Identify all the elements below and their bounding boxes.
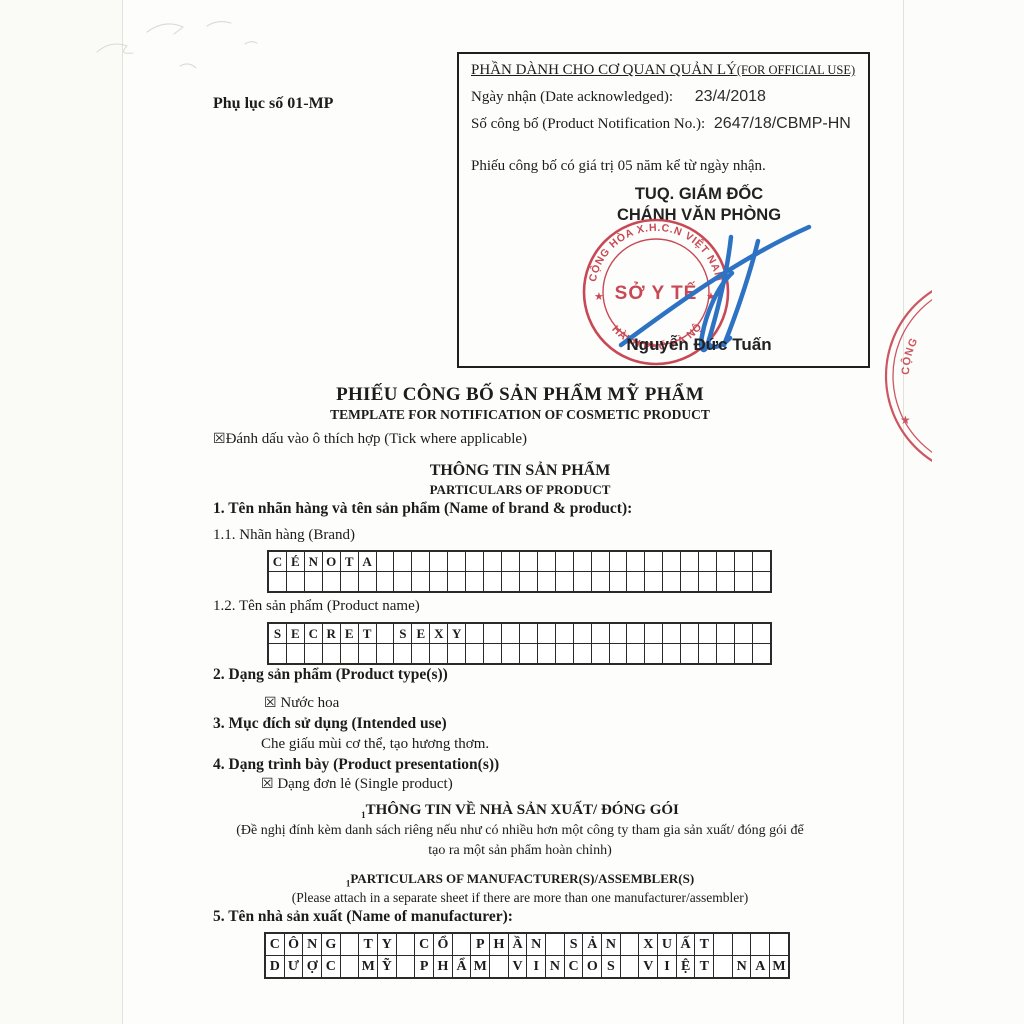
letter-grid-cell xyxy=(520,624,538,643)
letter-grid-cell: S xyxy=(269,624,287,643)
pencil-scribble xyxy=(85,4,305,99)
brand-letter-grid: CÉNOTA xyxy=(267,550,772,593)
checkbox-checked-icon: ☒ xyxy=(264,695,277,711)
letter-grid-cell xyxy=(574,572,592,591)
letter-grid-cell: Ệ xyxy=(677,956,696,977)
document-title-vi: PHIẾU CÔNG BỐ SẢN PHẨM MỸ PHẨM xyxy=(150,384,890,406)
section-heading-product-en: PARTICULARS OF PRODUCT xyxy=(150,482,890,498)
letter-grid-cell: V xyxy=(509,956,528,977)
letter-grid-cell xyxy=(430,572,448,591)
partial-stamp-arc-text: CỘNG xyxy=(900,336,921,376)
letter-grid-cell: G xyxy=(322,934,341,955)
letter-grid-cell xyxy=(627,624,645,643)
letter-grid-cell xyxy=(735,572,753,591)
letter-grid-cell xyxy=(681,644,699,663)
appendix-label: Phụ lục số 01-MP xyxy=(213,95,333,113)
letter-grid-cell: P xyxy=(471,934,490,955)
letter-grid-cell xyxy=(394,552,412,571)
letter-grid-cell xyxy=(397,934,416,955)
letter-grid-cell xyxy=(751,934,770,955)
letter-grid-cell: T xyxy=(359,624,377,643)
letter-grid-row: CÉNOTA xyxy=(269,552,770,571)
letter-grid-cell: S xyxy=(565,934,584,955)
item2-value: Nước hoa xyxy=(280,695,339,711)
letter-grid-cell xyxy=(377,624,395,643)
manufacturer-letter-grid: CÔNGTYCỔPHẦNSẢNXUẤTDƯỢCMỸPHẨMVINCOSVIỆTN… xyxy=(264,932,790,979)
letter-grid-cell xyxy=(341,934,360,955)
letter-grid-cell: I xyxy=(658,956,677,977)
letter-grid-cell xyxy=(733,934,752,955)
item2-label: 2. Dạng sản phẩm (Product type(s)) xyxy=(213,666,448,684)
letter-grid-cell: E xyxy=(287,624,305,643)
partial-stamp-star: ★ xyxy=(900,413,911,427)
letter-grid-cell xyxy=(592,552,610,571)
letter-grid-cell xyxy=(574,624,592,643)
page-edge-line-right xyxy=(903,0,904,1024)
letter-grid-cell: A xyxy=(751,956,770,977)
letter-grid-cell xyxy=(502,552,520,571)
letter-grid-cell xyxy=(466,644,484,663)
letter-grid-cell xyxy=(359,644,377,663)
item4-label: 4. Dạng trình bày (Product presentation(… xyxy=(213,756,499,774)
letter-grid-cell: N xyxy=(305,552,323,571)
letter-grid-cell xyxy=(627,552,645,571)
letter-grid-cell xyxy=(574,552,592,571)
letter-grid-cell: X xyxy=(639,934,658,955)
letter-grid-cell xyxy=(341,956,360,977)
letter-grid-row xyxy=(269,643,770,663)
letter-grid-cell: N xyxy=(602,934,621,955)
letter-grid-cell xyxy=(520,644,538,663)
letter-grid-cell xyxy=(394,644,412,663)
letter-grid-cell xyxy=(556,572,574,591)
letter-grid-cell: E xyxy=(412,624,430,643)
letter-grid-cell xyxy=(556,552,574,571)
letter-grid-cell xyxy=(448,572,466,591)
letter-grid-cell xyxy=(484,552,502,571)
letter-grid-row xyxy=(269,571,770,591)
tick-instruction-text: Đánh dấu vào ô thích hợp (Tick where app… xyxy=(226,431,527,447)
letter-grid-cell: Y xyxy=(448,624,466,643)
item4-value-row: ☒ Dạng đơn lẻ (Single product) xyxy=(261,776,453,793)
letter-grid-cell: V xyxy=(639,956,658,977)
letter-grid-cell xyxy=(735,624,753,643)
letter-grid-cell xyxy=(592,624,610,643)
item5-label: 5. Tên nhà sản xuất (Name of manufacture… xyxy=(213,908,513,926)
letter-grid-cell xyxy=(717,624,735,643)
item3-value: Che giấu mùi cơ thể, tạo hương thơm. xyxy=(261,736,489,753)
letter-grid-cell xyxy=(717,644,735,663)
letter-grid-cell: Ỹ xyxy=(378,956,397,977)
notification-number-row: Số công bố (Product Notification No.): 2… xyxy=(471,115,851,133)
scan-margin-right xyxy=(903,0,1024,1024)
letter-grid-cell xyxy=(341,644,359,663)
letter-grid-cell xyxy=(753,644,770,663)
letter-grid-cell: Ô xyxy=(285,934,304,955)
letter-grid-cell xyxy=(448,644,466,663)
date-acknowledged-row: Ngày nhận (Date acknowledged): 23/4/2018 xyxy=(471,88,766,106)
letter-grid-cell: E xyxy=(341,624,359,643)
scanned-document-page: Phụ lục số 01-MP PHẦN DÀNH CHO CƠ QUAN Q… xyxy=(0,0,1024,1024)
letter-grid-cell: Ợ xyxy=(303,956,322,977)
letter-grid-cell xyxy=(699,572,717,591)
letter-grid-cell: D xyxy=(266,956,285,977)
letter-grid-row: DƯỢCMỸPHẨMVINCOSVIỆTNAM xyxy=(266,955,788,977)
letter-grid-cell xyxy=(538,552,556,571)
section-heading-manufacturer-en: 1PARTICULARS OF MANUFACTURER(S)/ASSEMBLE… xyxy=(150,871,890,889)
letter-grid-cell xyxy=(681,624,699,643)
date-acknowledged-value: 23/4/2018 xyxy=(695,88,766,105)
letter-grid-cell: N xyxy=(527,934,546,955)
letter-grid-cell xyxy=(412,552,430,571)
letter-grid-cell xyxy=(717,572,735,591)
letter-grid-cell xyxy=(610,572,628,591)
letter-grid-cell xyxy=(621,956,640,977)
letter-grid-cell xyxy=(269,644,287,663)
product-name-letter-grid: SECRETSEXY xyxy=(267,622,772,665)
letter-grid-cell xyxy=(645,644,663,663)
letter-grid-cell xyxy=(359,572,377,591)
letter-grid-cell xyxy=(412,644,430,663)
letter-grid-cell xyxy=(663,644,681,663)
letter-grid-cell xyxy=(448,552,466,571)
stamp-star-left: ★ xyxy=(594,291,604,303)
letter-grid-cell: T xyxy=(359,934,378,955)
letter-grid-cell xyxy=(753,552,770,571)
letter-grid-cell xyxy=(714,934,733,955)
letter-grid-cell: U xyxy=(658,934,677,955)
official-box-title-en: (FOR OFFICIAL USE) xyxy=(737,63,855,77)
letter-grid-cell xyxy=(466,572,484,591)
letter-grid-cell xyxy=(610,552,628,571)
letter-grid-cell: Y xyxy=(378,934,397,955)
letter-grid-cell xyxy=(556,624,574,643)
letter-grid-cell xyxy=(681,572,699,591)
letter-grid-cell: Ẩ xyxy=(453,956,472,977)
letter-grid-cell xyxy=(714,956,733,977)
letter-grid-cell: C xyxy=(305,624,323,643)
letter-grid-cell xyxy=(538,644,556,663)
letter-grid-cell: S xyxy=(394,624,412,643)
letter-grid-cell xyxy=(663,572,681,591)
official-use-box: PHẦN DÀNH CHO CƠ QUAN QUẢN LÝ(FOR OFFICI… xyxy=(457,52,870,368)
letter-grid-cell xyxy=(502,644,520,663)
letter-grid-cell xyxy=(377,552,395,571)
letter-grid-row: SECRETSEXY xyxy=(269,624,770,643)
letter-grid-cell: Ầ xyxy=(509,934,528,955)
letter-grid-cell xyxy=(753,572,770,591)
letter-grid-cell xyxy=(394,572,412,591)
letter-grid-cell xyxy=(592,572,610,591)
letter-grid-cell xyxy=(699,552,717,571)
letter-grid-cell xyxy=(699,644,717,663)
letter-grid-cell xyxy=(520,552,538,571)
letter-grid-cell: C xyxy=(415,934,434,955)
letter-grid-cell xyxy=(645,552,663,571)
letter-grid-cell: Ả xyxy=(583,934,602,955)
manufacturer-note-line2: tạo ra một sản phẩm hoàn chỉnh) xyxy=(150,843,890,859)
section-heading-product-vi: THÔNG TIN SẢN PHẨM xyxy=(150,462,890,480)
letter-grid-cell xyxy=(466,624,484,643)
signer-name: Nguyễn Đức Tuấn xyxy=(569,335,829,355)
letter-grid-cell: H xyxy=(490,934,509,955)
checkbox-checked-icon: ☒ xyxy=(213,431,226,447)
letter-grid-cell: C xyxy=(266,934,285,955)
letter-grid-cell: O xyxy=(323,552,341,571)
letter-grid-cell xyxy=(484,624,502,643)
letter-grid-cell: Ổ xyxy=(434,934,453,955)
letter-grid-cell xyxy=(484,572,502,591)
letter-grid-cell: H xyxy=(434,956,453,977)
letter-grid-cell: Ư xyxy=(285,956,304,977)
letter-grid-cell xyxy=(490,956,509,977)
letter-grid-cell: X xyxy=(430,624,448,643)
official-box-title: PHẦN DÀNH CHO CƠ QUAN QUẢN LÝ(FOR OFFICI… xyxy=(471,62,855,79)
tick-instruction: ☒Đánh dấu vào ô thích hợp (Tick where ap… xyxy=(213,431,527,448)
letter-grid-cell: M xyxy=(359,956,378,977)
letter-grid-cell xyxy=(430,644,448,663)
letter-grid-cell: I xyxy=(527,956,546,977)
letter-grid-cell: T xyxy=(695,956,714,977)
letter-grid-cell: N xyxy=(303,934,322,955)
letter-grid-cell xyxy=(770,934,788,955)
partial-edge-stamp: CỘNG ★ xyxy=(870,288,932,468)
letter-grid-cell: M xyxy=(770,956,788,977)
letter-grid-cell xyxy=(323,644,341,663)
letter-grid-cell xyxy=(484,644,502,663)
letter-grid-cell xyxy=(610,644,628,663)
item2-value-row: ☒ Nước hoa xyxy=(264,695,339,712)
letter-grid-cell xyxy=(538,624,556,643)
letter-grid-cell: R xyxy=(323,624,341,643)
letter-grid-cell xyxy=(466,552,484,571)
letter-grid-cell xyxy=(753,624,770,643)
letter-grid-cell: T xyxy=(695,934,714,955)
letter-grid-cell xyxy=(663,624,681,643)
letter-grid-cell xyxy=(502,572,520,591)
letter-grid-cell xyxy=(681,552,699,571)
letter-grid-cell xyxy=(430,552,448,571)
letter-grid-cell: A xyxy=(359,552,377,571)
letter-grid-cell xyxy=(453,934,472,955)
letter-grid-cell xyxy=(305,572,323,591)
letter-grid-cell: N xyxy=(546,956,565,977)
letter-grid-cell xyxy=(305,644,323,663)
section-heading-manufacturer-vi: 1THÔNG TIN VỀ NHÀ SẢN XUẤT/ ĐÓNG GÓI xyxy=(150,802,890,820)
item1-label: 1. Tên nhãn hàng và tên sản phẩm (Name o… xyxy=(213,500,632,518)
letter-grid-cell xyxy=(287,572,305,591)
item4-value: Dạng đơn lẻ (Single product) xyxy=(277,776,452,792)
letter-grid-cell xyxy=(645,572,663,591)
section-heading-manufacturer-vi-text: THÔNG TIN VỀ NHÀ SẢN XUẤT/ ĐÓNG GÓI xyxy=(366,802,679,818)
letter-grid-cell: P xyxy=(415,956,434,977)
manufacturer-note-en: (Please attach in a separate sheet if th… xyxy=(150,890,890,906)
letter-grid-cell: T xyxy=(341,552,359,571)
item1-1-label: 1.1. Nhãn hàng (Brand) xyxy=(213,527,355,544)
letter-grid-cell xyxy=(269,572,287,591)
letter-grid-cell xyxy=(520,572,538,591)
item1-2-label: 1.2. Tên sản phẩm (Product name) xyxy=(213,598,420,615)
scan-margin-left xyxy=(0,0,122,1024)
letter-grid-cell xyxy=(502,624,520,643)
letter-grid-cell xyxy=(287,644,305,663)
letter-grid-cell xyxy=(735,644,753,663)
letter-grid-cell: C xyxy=(322,956,341,977)
letter-grid-cell xyxy=(735,552,753,571)
letter-grid-cell: É xyxy=(287,552,305,571)
letter-grid-cell xyxy=(645,624,663,643)
letter-grid-cell: M xyxy=(471,956,490,977)
letter-grid-cell xyxy=(412,572,430,591)
letter-grid-cell xyxy=(397,956,416,977)
notification-number-label: Số công bố (Product Notification No.): xyxy=(471,116,705,132)
letter-grid-cell xyxy=(610,624,628,643)
letter-grid-cell: S xyxy=(602,956,621,977)
signer-title-line1: TUQ. GIÁM ĐỐC xyxy=(559,184,839,205)
letter-grid-cell xyxy=(627,644,645,663)
letter-grid-cell: C xyxy=(565,956,584,977)
letter-grid-cell xyxy=(699,624,717,643)
letter-grid-cell xyxy=(538,572,556,591)
manufacturer-note-line1: (Đề nghị đính kèm danh sách riêng nếu nh… xyxy=(150,823,890,839)
letter-grid-cell xyxy=(621,934,640,955)
section-heading-manufacturer-en-text: PARTICULARS OF MANUFACTURER(S)/ASSEMBLER… xyxy=(350,871,694,886)
letter-grid-row: CÔNGTYCỔPHẦNSẢNXUẤT xyxy=(266,934,788,955)
letter-grid-cell xyxy=(627,572,645,591)
document-title-en: TEMPLATE FOR NOTIFICATION OF COSMETIC PR… xyxy=(150,407,890,423)
letter-grid-cell: Ấ xyxy=(677,934,696,955)
page-edge-line-left xyxy=(122,0,123,1024)
date-acknowledged-label: Ngày nhận (Date acknowledged): xyxy=(471,89,673,105)
letter-grid-cell xyxy=(341,572,359,591)
letter-grid-cell xyxy=(592,644,610,663)
letter-grid-cell xyxy=(323,572,341,591)
letter-grid-cell: C xyxy=(269,552,287,571)
validity-note: Phiếu công bố có giá trị 05 năm kể từ ng… xyxy=(471,158,766,175)
notification-number-value: 2647/18/CBMP-HN xyxy=(714,115,851,132)
checkbox-checked-icon: ☒ xyxy=(261,776,274,792)
item3-label: 3. Mục đích sử dụng (Intended use) xyxy=(213,715,447,733)
letter-grid-cell: N xyxy=(733,956,752,977)
official-box-title-vi: PHẦN DÀNH CHO CƠ QUAN QUẢN LÝ xyxy=(471,62,737,78)
letter-grid-cell xyxy=(377,572,395,591)
letter-grid-cell xyxy=(546,934,565,955)
letter-grid-cell xyxy=(556,644,574,663)
letter-grid-cell: O xyxy=(583,956,602,977)
letter-grid-cell xyxy=(574,644,592,663)
letter-grid-cell xyxy=(663,552,681,571)
letter-grid-cell xyxy=(717,552,735,571)
letter-grid-cell xyxy=(377,644,395,663)
svg-text:CỘNG: CỘNG xyxy=(900,336,921,376)
